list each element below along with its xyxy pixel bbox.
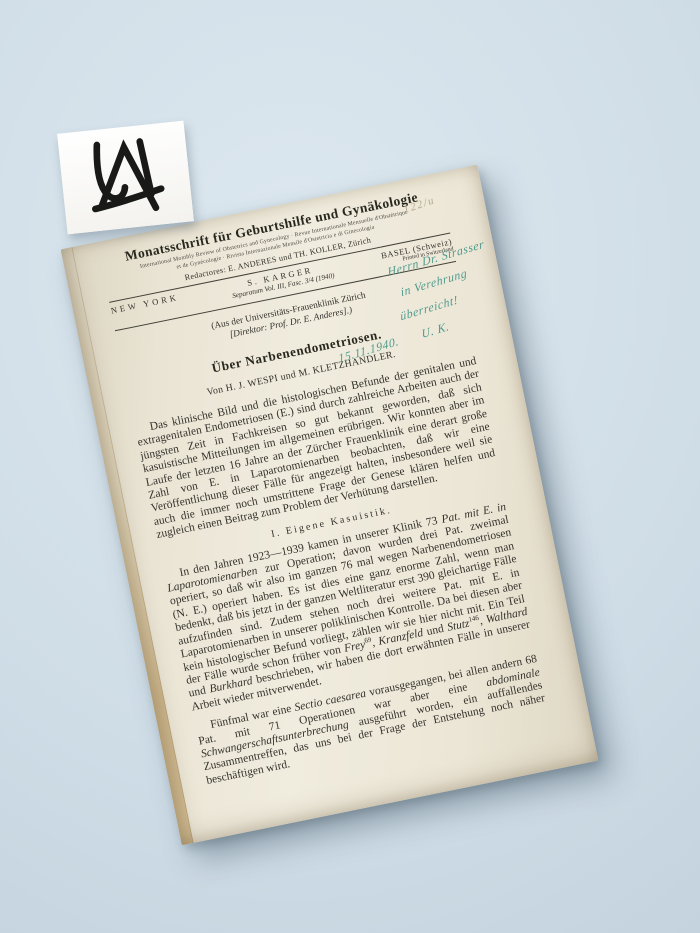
ua-monogram-icon xyxy=(80,130,171,224)
offprint-booklet: Monatsschrift für Geburtshilfe und Gynäk… xyxy=(61,165,599,846)
bookmark-card xyxy=(57,121,194,235)
photo-background: Monatsschrift für Geburtshilfe und Gynäk… xyxy=(0,0,700,933)
